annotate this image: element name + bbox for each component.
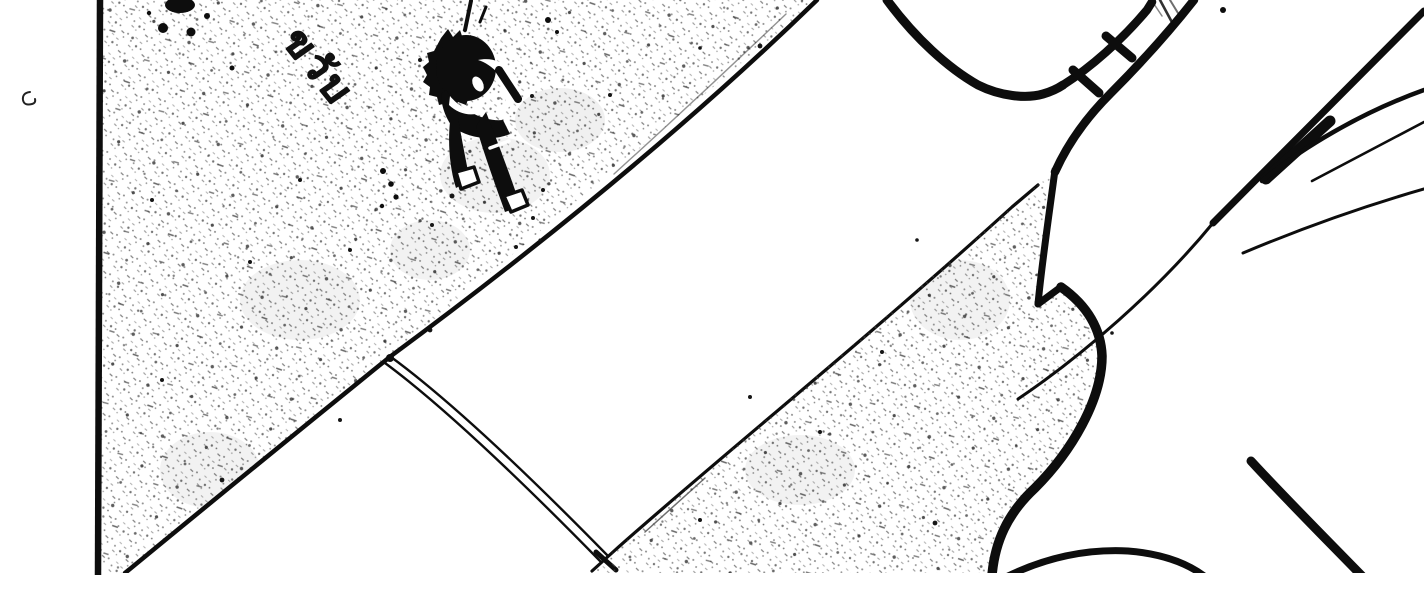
manga-panel: ขวับ — [0, 0, 1424, 596]
shoulder-curve — [1251, 461, 1363, 577]
walkway-seam-line — [385, 354, 616, 570]
ground-texture-lower — [580, 170, 1120, 580]
glasses-speck — [1220, 7, 1226, 13]
chest-arc — [1004, 551, 1208, 579]
panel-border-left — [98, 0, 100, 575]
foreground-glasses — [887, 0, 1226, 172]
margin-mark — [23, 92, 35, 105]
lapel-thin-1 — [1312, 122, 1424, 181]
lapel-thin-2 — [1243, 189, 1424, 253]
panel-artwork — [0, 0, 1424, 596]
lapel-main — [1213, 11, 1424, 223]
glasses-bridge — [887, 0, 1063, 96]
